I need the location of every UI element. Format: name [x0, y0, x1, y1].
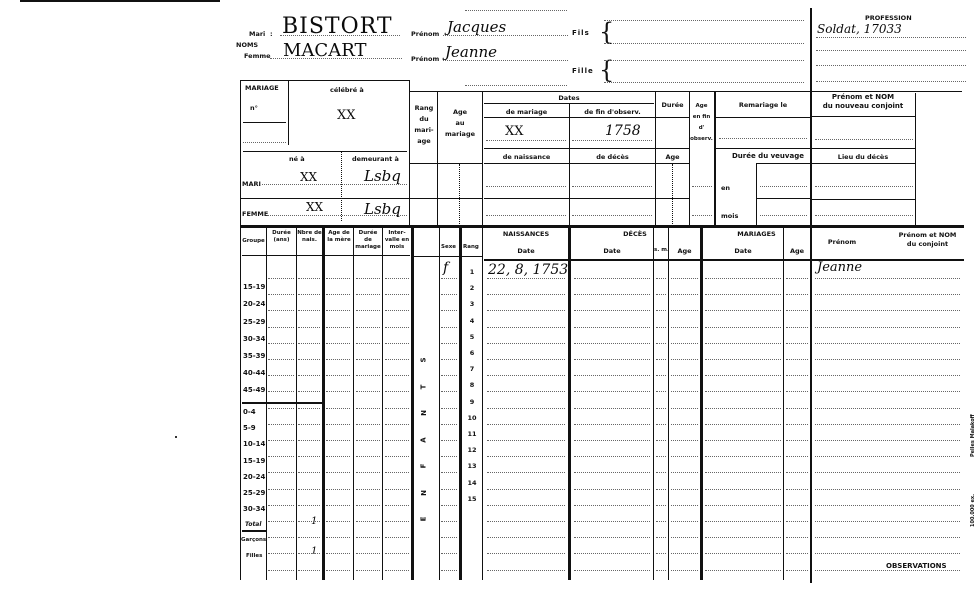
- lieu-line: [815, 215, 913, 216]
- entry-line[interactable]: [656, 294, 666, 295]
- entry-line[interactable]: [705, 456, 781, 457]
- de-mariage-label: de mariage: [484, 108, 569, 116]
- entry-line[interactable]: [356, 408, 380, 409]
- entry-line[interactable]: [356, 505, 380, 506]
- entry-line[interactable]: [326, 391, 350, 392]
- label-line: Prénom et NOM: [880, 231, 975, 240]
- entry-line[interactable]: [671, 278, 698, 279]
- entry-line[interactable]: [705, 359, 781, 360]
- entry-line[interactable]: [326, 489, 350, 490]
- entry-line[interactable]: [705, 375, 781, 376]
- entry-line[interactable]: [385, 343, 409, 344]
- entry-line[interactable]: [656, 375, 666, 376]
- rule: [410, 163, 482, 164]
- entry-line[interactable]: [786, 570, 808, 571]
- rule: [484, 148, 689, 149]
- entry-line[interactable]: [268, 327, 294, 328]
- entry-line[interactable]: [385, 424, 409, 425]
- entry-line[interactable]: [356, 294, 380, 295]
- entry-line[interactable]: [441, 521, 457, 522]
- entry-line[interactable]: [656, 408, 666, 409]
- entry-line[interactable]: [268, 537, 294, 538]
- entry-line[interactable]: [326, 537, 350, 538]
- entry-line[interactable]: [786, 359, 808, 360]
- entry-line[interactable]: [356, 310, 380, 311]
- entry-line[interactable]: [487, 327, 565, 328]
- entry-line[interactable]: [268, 278, 294, 279]
- entry-line[interactable]: [356, 278, 380, 279]
- entry-line[interactable]: [298, 294, 320, 295]
- entry-line[interactable]: [656, 553, 666, 554]
- entry-line[interactable]: [671, 553, 698, 554]
- entry-line[interactable]: [441, 424, 457, 425]
- entry-line[interactable]: [268, 553, 294, 554]
- enfants-vertical-letter: N: [420, 410, 428, 416]
- entry-line[interactable]: [815, 310, 960, 311]
- de-mariage-value[interactable]: XX: [505, 124, 524, 139]
- entry-line[interactable]: [671, 472, 698, 473]
- mariages-label: MARIAGES: [703, 230, 810, 238]
- profession-value[interactable]: Soldat, 17033: [817, 22, 902, 36]
- entry-line[interactable]: [487, 472, 565, 473]
- fille-line: [604, 82, 804, 83]
- mari-prenom-label: Prénom: [411, 30, 439, 38]
- entry-line[interactable]: [356, 359, 380, 360]
- entry-line[interactable]: [656, 537, 666, 538]
- entry-line[interactable]: [268, 489, 294, 490]
- entry-line[interactable]: [356, 472, 380, 473]
- entry-line[interactable]: [326, 570, 350, 571]
- entry-line[interactable]: [786, 472, 808, 473]
- entry-line[interactable]: [815, 278, 960, 279]
- entry-line[interactable]: [268, 375, 294, 376]
- entry-line[interactable]: [441, 489, 457, 490]
- conjoint-label: Prénom et NOMdu conjoint: [880, 231, 975, 249]
- entry-line[interactable]: [298, 553, 320, 554]
- entry-line[interactable]: [326, 278, 350, 279]
- entry-line[interactable]: [487, 521, 565, 522]
- entry-line[interactable]: [385, 310, 409, 311]
- entry-line[interactable]: [574, 327, 650, 328]
- entry-line[interactable]: [326, 456, 350, 457]
- entry-line[interactable]: [786, 408, 808, 409]
- fille-brace: {: [599, 58, 614, 82]
- entry-line[interactable]: [656, 327, 666, 328]
- entry-line[interactable]: [656, 489, 666, 490]
- entry-line[interactable]: [671, 456, 698, 457]
- entry-line[interactable]: [671, 310, 698, 311]
- entry-line[interactable]: [326, 310, 350, 311]
- entry-line[interactable]: [671, 440, 698, 441]
- entry-line[interactable]: [385, 456, 409, 457]
- entry-line[interactable]: [298, 521, 320, 522]
- entry-line[interactable]: [705, 553, 781, 554]
- entry-line[interactable]: [356, 456, 380, 457]
- entry-line[interactable]: [705, 424, 781, 425]
- entry-line[interactable]: [487, 456, 565, 457]
- entry-line[interactable]: [356, 537, 380, 538]
- entry-line[interactable]: [656, 359, 666, 360]
- entry-line[interactable]: [487, 294, 565, 295]
- entry-line[interactable]: [487, 537, 565, 538]
- entry-line[interactable]: [326, 294, 350, 295]
- entry-line[interactable]: [356, 440, 380, 441]
- entry-line[interactable]: [487, 424, 565, 425]
- entry-line[interactable]: [441, 375, 457, 376]
- rank-number: 14: [462, 479, 482, 487]
- child-naissance[interactable]: 22, 8, 1753: [488, 262, 568, 278]
- entry-line[interactable]: [656, 310, 666, 311]
- column-rule: [783, 228, 784, 580]
- remariage-line: [719, 138, 807, 139]
- entry-line[interactable]: [268, 505, 294, 506]
- entry-line[interactable]: [671, 505, 698, 506]
- de-deces-label: de décès: [570, 153, 655, 161]
- entry-line[interactable]: [487, 278, 565, 279]
- entry-line[interactable]: [786, 456, 808, 457]
- entry-line[interactable]: [656, 472, 666, 473]
- column-header: Nbre de nais.: [297, 230, 322, 244]
- entry-line[interactable]: [268, 391, 294, 392]
- entry-line[interactable]: [268, 359, 294, 360]
- entry-line[interactable]: [487, 408, 565, 409]
- entry-line[interactable]: [385, 278, 409, 279]
- entry-line[interactable]: [671, 391, 698, 392]
- entry-line[interactable]: [326, 505, 350, 506]
- entry-line[interactable]: [786, 553, 808, 554]
- entry-line[interactable]: [705, 327, 781, 328]
- de-fin-value[interactable]: 1758: [605, 123, 641, 139]
- rank-number: 2: [462, 284, 482, 292]
- entry-line[interactable]: [487, 440, 565, 441]
- entry-line[interactable]: [574, 391, 650, 392]
- entry-line[interactable]: [385, 505, 409, 506]
- entry-line[interactable]: [268, 294, 294, 295]
- entry-line[interactable]: [705, 310, 781, 311]
- entry-line[interactable]: [574, 424, 650, 425]
- entry-line[interactable]: [574, 408, 650, 409]
- mari-ne[interactable]: XX: [300, 170, 317, 184]
- entry-line[interactable]: [298, 343, 320, 344]
- entry-line[interactable]: [385, 537, 409, 538]
- entry-line[interactable]: [298, 408, 320, 409]
- entry-line[interactable]: [487, 359, 565, 360]
- entry-line[interactable]: [815, 537, 960, 538]
- entry-line[interactable]: [441, 553, 457, 554]
- entry-line[interactable]: [574, 505, 650, 506]
- entry-line[interactable]: [815, 440, 960, 441]
- rule: [484, 259, 964, 261]
- entry-line[interactable]: [656, 391, 666, 392]
- entry-line[interactable]: [268, 343, 294, 344]
- group-label: 10-14: [243, 440, 265, 448]
- entry-line[interactable]: [268, 408, 294, 409]
- entry-line[interactable]: [441, 391, 457, 392]
- entry-line[interactable]: [298, 456, 320, 457]
- entry-line[interactable]: [356, 391, 380, 392]
- entry-line[interactable]: [671, 521, 698, 522]
- entry-line[interactable]: [298, 489, 320, 490]
- entry-line[interactable]: [298, 570, 320, 571]
- entry-line[interactable]: [441, 359, 457, 360]
- entry-line[interactable]: [656, 456, 666, 457]
- entry-line[interactable]: [385, 440, 409, 441]
- entry-line[interactable]: [786, 310, 808, 311]
- sexe-label: Sexe: [441, 244, 456, 250]
- entry-line[interactable]: [441, 570, 457, 571]
- entry-line[interactable]: [441, 327, 457, 328]
- entry-line[interactable]: [574, 553, 650, 554]
- entry-line[interactable]: [705, 537, 781, 538]
- entry-line[interactable]: [574, 489, 650, 490]
- entry-line[interactable]: [356, 343, 380, 344]
- entry-line[interactable]: [786, 294, 808, 295]
- entry-line[interactable]: [815, 553, 960, 554]
- femme-nom-line: [270, 58, 402, 59]
- entry-line[interactable]: [298, 424, 320, 425]
- print-run-label: 100.000 ex.: [970, 494, 976, 527]
- entry-line[interactable]: [815, 408, 960, 409]
- femme-ne[interactable]: XX: [306, 200, 323, 214]
- entry-line[interactable]: [815, 294, 960, 295]
- group-label: 30-34: [243, 505, 265, 513]
- entry-line[interactable]: [268, 521, 294, 522]
- entry-line[interactable]: [671, 343, 698, 344]
- entry-line[interactable]: [671, 570, 698, 571]
- entry-line[interactable]: [298, 278, 320, 279]
- entry-line[interactable]: [487, 570, 565, 571]
- entry-line[interactable]: [385, 375, 409, 376]
- entry-line[interactable]: [671, 424, 698, 425]
- entry-line[interactable]: [815, 489, 960, 490]
- entry-line[interactable]: [671, 294, 698, 295]
- entry-line[interactable]: [671, 359, 698, 360]
- entry-line[interactable]: [441, 505, 457, 506]
- entry-line[interactable]: [815, 391, 960, 392]
- entry-line[interactable]: [356, 375, 380, 376]
- lieu-line: [815, 186, 913, 187]
- entry-line[interactable]: [815, 359, 960, 360]
- entry-line[interactable]: [705, 294, 781, 295]
- entry-line[interactable]: [786, 391, 808, 392]
- entry-line[interactable]: [705, 440, 781, 441]
- entry-line[interactable]: [441, 294, 457, 295]
- entry-line[interactable]: [705, 489, 781, 490]
- entry-line[interactable]: [656, 505, 666, 506]
- entry-line[interactable]: [656, 440, 666, 441]
- entry-line[interactable]: [671, 489, 698, 490]
- entry-line[interactable]: [268, 570, 294, 571]
- entry-line[interactable]: [487, 553, 565, 554]
- entry-line[interactable]: [656, 424, 666, 425]
- mari-demeurant[interactable]: Lsbq: [364, 167, 401, 185]
- entry-line[interactable]: [326, 440, 350, 441]
- entry-line[interactable]: [656, 278, 666, 279]
- naissances-label: NAISSANCES: [484, 230, 568, 238]
- filles-nbre[interactable]: 1: [311, 546, 317, 557]
- entry-line[interactable]: [574, 570, 650, 571]
- entry-line[interactable]: [815, 424, 960, 425]
- child-sexe[interactable]: f: [443, 260, 448, 276]
- veuvage-line: [760, 186, 807, 187]
- entry-line[interactable]: [385, 570, 409, 571]
- entry-line[interactable]: [487, 310, 565, 311]
- entry-line[interactable]: [574, 310, 650, 311]
- entry-line[interactable]: [786, 440, 808, 441]
- entry-line[interactable]: [671, 375, 698, 376]
- entry-line[interactable]: [298, 505, 320, 506]
- entry-line[interactable]: [298, 472, 320, 473]
- rank-number: 4: [462, 317, 482, 325]
- entry-line[interactable]: [786, 375, 808, 376]
- entry-line[interactable]: [326, 408, 350, 409]
- entry-line[interactable]: [574, 537, 650, 538]
- entry-line[interactable]: [385, 294, 409, 295]
- age-fin-text: observ.: [690, 134, 713, 145]
- rule: [714, 91, 716, 228]
- entry-line[interactable]: [385, 521, 409, 522]
- entry-line[interactable]: [487, 391, 565, 392]
- entry-line[interactable]: [815, 456, 960, 457]
- entry-line[interactable]: [574, 278, 650, 279]
- entry-line[interactable]: [786, 521, 808, 522]
- entry-line[interactable]: [705, 472, 781, 473]
- rank-number: 11: [462, 430, 482, 438]
- entry-line[interactable]: [298, 375, 320, 376]
- column-header: Age de la mère: [325, 230, 353, 244]
- celebre-value[interactable]: XX: [337, 108, 356, 123]
- entry-line[interactable]: [326, 521, 350, 522]
- entry-line[interactable]: [356, 327, 380, 328]
- entry-line[interactable]: [786, 278, 808, 279]
- entry-line[interactable]: [786, 489, 808, 490]
- entry-line[interactable]: [656, 521, 666, 522]
- rule: [410, 198, 482, 199]
- colon: :: [270, 30, 273, 38]
- entry-line[interactable]: [487, 375, 565, 376]
- entry-line[interactable]: [326, 343, 350, 344]
- entry-line[interactable]: [574, 294, 650, 295]
- entry-line[interactable]: [268, 440, 294, 441]
- entry-line[interactable]: [385, 391, 409, 392]
- entry-line[interactable]: [326, 359, 350, 360]
- entry-line[interactable]: [356, 570, 380, 571]
- entry-line[interactable]: [487, 505, 565, 506]
- entry-line[interactable]: [441, 343, 457, 344]
- entry-line[interactable]: [574, 343, 650, 344]
- entry-line[interactable]: [574, 375, 650, 376]
- entry-line[interactable]: [441, 408, 457, 409]
- entry-line[interactable]: [487, 343, 565, 344]
- entry-line[interactable]: [815, 521, 960, 522]
- entry-line[interactable]: [441, 472, 457, 473]
- entry-line[interactable]: [298, 537, 320, 538]
- entry-line[interactable]: [705, 570, 781, 571]
- entry-line[interactable]: [441, 278, 457, 279]
- entry-line[interactable]: [786, 505, 808, 506]
- entry-line[interactable]: [268, 472, 294, 473]
- entry-line[interactable]: [385, 327, 409, 328]
- entry-line[interactable]: [815, 327, 960, 328]
- entry-line[interactable]: [268, 424, 294, 425]
- entry-line[interactable]: [356, 521, 380, 522]
- entry-line[interactable]: [705, 521, 781, 522]
- entry-line[interactable]: [705, 278, 781, 279]
- entry-line[interactable]: [385, 408, 409, 409]
- column-rule: [568, 228, 571, 580]
- entry-line[interactable]: [786, 537, 808, 538]
- rule: [812, 116, 915, 117]
- entry-line[interactable]: [705, 391, 781, 392]
- entry-line[interactable]: [671, 408, 698, 409]
- entry-line[interactable]: [487, 489, 565, 490]
- entry-line[interactable]: [441, 537, 457, 538]
- entry-line[interactable]: [268, 310, 294, 311]
- entry-line[interactable]: [356, 424, 380, 425]
- entry-line[interactable]: [705, 408, 781, 409]
- entry-line[interactable]: [298, 359, 320, 360]
- entry-line[interactable]: [326, 327, 350, 328]
- entry-line[interactable]: [326, 472, 350, 473]
- age-text: mariage: [439, 129, 481, 140]
- entry-line[interactable]: [441, 440, 457, 441]
- entry-line[interactable]: [574, 359, 650, 360]
- entry-line[interactable]: [574, 521, 650, 522]
- rank-number: 9: [462, 398, 482, 406]
- entry-line[interactable]: [671, 537, 698, 538]
- entry-line[interactable]: [786, 343, 808, 344]
- entry-line[interactable]: [385, 359, 409, 360]
- entry-line[interactable]: [705, 343, 781, 344]
- entry-line[interactable]: [705, 505, 781, 506]
- entry-line[interactable]: [385, 472, 409, 473]
- age-fin-line: [692, 215, 712, 216]
- entry-line[interactable]: [815, 375, 960, 376]
- entry-line[interactable]: [815, 505, 960, 506]
- entry-line[interactable]: [671, 327, 698, 328]
- entry-line[interactable]: [656, 570, 666, 571]
- rule: [915, 93, 916, 228]
- entry-line[interactable]: [356, 553, 380, 554]
- entry-line[interactable]: [815, 343, 960, 344]
- rule: [716, 117, 810, 118]
- entry-line[interactable]: [298, 440, 320, 441]
- entry-line[interactable]: [385, 553, 409, 554]
- entry-line[interactable]: [574, 472, 650, 473]
- entry-line[interactable]: [298, 391, 320, 392]
- entry-line[interactable]: [441, 456, 457, 457]
- entry-line[interactable]: [326, 553, 350, 554]
- entry-line[interactable]: [298, 310, 320, 311]
- entry-line[interactable]: [574, 456, 650, 457]
- entry-line[interactable]: [326, 375, 350, 376]
- entry-line[interactable]: [441, 310, 457, 311]
- entry-line[interactable]: [656, 343, 666, 344]
- mari-prenom[interactable]: Jacques: [447, 18, 506, 36]
- entry-line[interactable]: [298, 327, 320, 328]
- entry-line[interactable]: [574, 440, 650, 441]
- group-label: 20-24: [243, 300, 265, 308]
- entry-line[interactable]: [326, 424, 350, 425]
- entry-line[interactable]: [815, 472, 960, 473]
- entry-line[interactable]: [356, 489, 380, 490]
- entry-line[interactable]: [385, 489, 409, 490]
- child-prenom[interactable]: Jeanne: [817, 260, 862, 275]
- femme-prenom[interactable]: Jeanne: [445, 43, 497, 61]
- entry-line[interactable]: [786, 327, 808, 328]
- entry-line[interactable]: [786, 424, 808, 425]
- entry-line[interactable]: [268, 456, 294, 457]
